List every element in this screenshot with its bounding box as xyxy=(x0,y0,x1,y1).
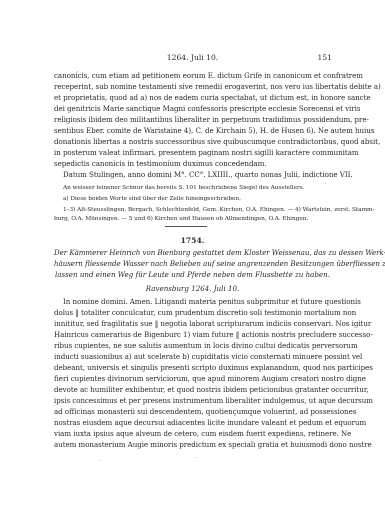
body-line: In nomine domini. Amen. Litigandi materi… xyxy=(63,297,331,307)
body-line: nostras eiusdem aque decursui adiacentes… xyxy=(54,418,331,428)
datum-line: Datum Stulingen, anno domini M°. CC°. LX… xyxy=(63,170,331,180)
body-line: dolus ‖ totaliter conculcatur, cum prude… xyxy=(54,308,331,318)
body-line: viam iuxta ipsius aque alveum de cetero,… xyxy=(54,429,331,439)
scan-speck xyxy=(77,71,78,72)
body-line: sepedictis canonicis in testimonium duxi… xyxy=(54,159,331,169)
body-line: sentibus Eber. comite de Waristaine 4), … xyxy=(54,126,331,136)
body-line: donationis libertas a nostris successori… xyxy=(54,137,331,147)
body-line: ribus cupientes, ne sue salutis aumentum… xyxy=(54,341,331,351)
summary-line: häusern fliessende Wasser nach Belieben … xyxy=(54,259,331,269)
scan-speck xyxy=(325,183,326,184)
footnote-numbered: burg, O.A. Münsingen. — 5 und 6) Kirchen… xyxy=(54,215,331,224)
body-line: receperint, sub nomine testamenti sive r… xyxy=(54,82,331,92)
body-line: religiosis ibidem deo militantibus liber… xyxy=(54,115,331,125)
place-date: Ravensburg 1264. Juli 10. xyxy=(0,284,385,294)
footnote-a: a) Diese beiden Worte sind über der Zeil… xyxy=(63,195,331,204)
body-line: autem monasterium Augie minoris predictu… xyxy=(54,440,331,450)
body-line: inducti suasionibus a) aut scelerate b) … xyxy=(54,352,331,362)
body-line: et proprietatis, quod ad a) nos de eadem… xyxy=(54,93,331,103)
document-page: 1264. Juli 10. 151 canonicis, cum etiam … xyxy=(0,0,385,512)
summary-line: lassen und einen Weg für Leute und Pferd… xyxy=(0,270,385,280)
body-line: debeant, universis et singulis presenti … xyxy=(54,363,331,373)
seal-note: An weisser leinener Schnur das bereits S… xyxy=(63,184,331,193)
footnote-numbered: 1–3) Alt-Steusslingen, Bergach, Schlecht… xyxy=(63,206,331,215)
body-line: devote ac humiliter exhibentur, et quod … xyxy=(54,385,331,395)
body-line: fieri cupientes divinorum serviciorum, q… xyxy=(54,374,331,384)
summary-line: Der Kämmerer Heinrich von Bienburg gesta… xyxy=(54,248,331,258)
body-line: canonicis, cum etiam ad petitionem eorum… xyxy=(54,71,331,81)
scan-speck xyxy=(100,460,101,461)
body-line: Hainricus camerarius de Bigenburc 1) via… xyxy=(54,330,331,340)
page-number: 151 xyxy=(312,53,332,62)
section-divider xyxy=(165,226,207,227)
document-number: 1754. xyxy=(0,236,385,245)
body-line: in posterum valeat infirmari, presentem … xyxy=(54,148,331,158)
body-line: ipsis concessimus et per presens instrum… xyxy=(54,396,331,406)
body-line: innititur, sed fragilitatis sue ‖ negoti… xyxy=(54,319,331,329)
scan-speck xyxy=(195,457,196,458)
body-line: dei genitricis Marie sanctique Magni con… xyxy=(54,104,331,114)
body-line: ad officinas monasterii sui descendentem… xyxy=(54,407,331,417)
